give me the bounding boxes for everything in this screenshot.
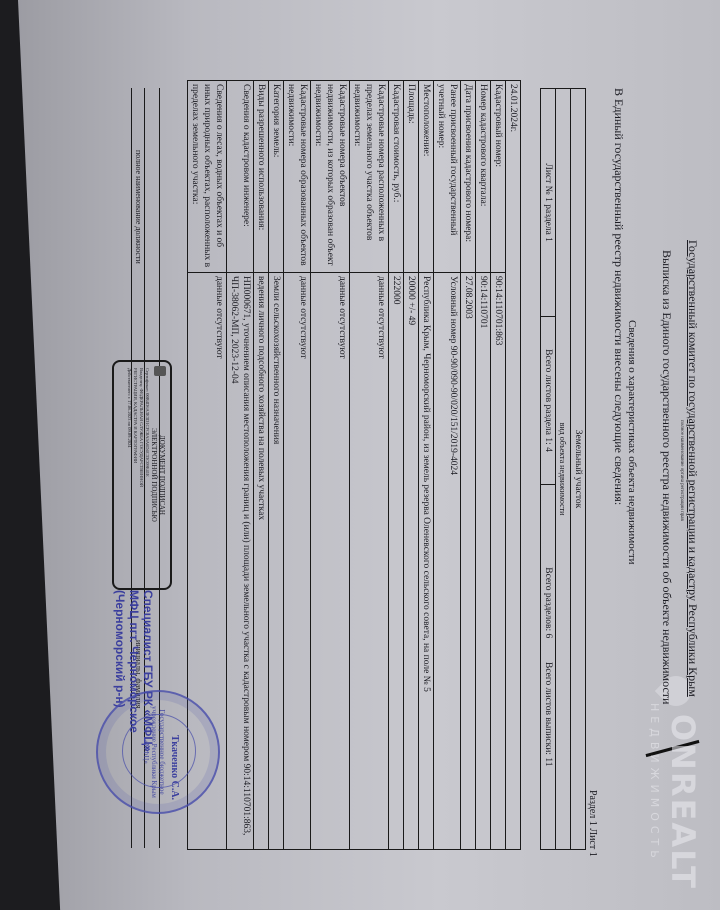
sections-total-text: Всего разделов: 6 <box>543 567 553 638</box>
row-label: Категория земель: <box>269 81 284 273</box>
row-value: 222000 <box>389 273 404 850</box>
esign-title: ДОКУМЕНТ ПОДПИСАН <box>158 368 166 582</box>
table-row: Кадастровые номера расположенных в преде… <box>350 81 389 850</box>
watermark-tagline: НЕДВИЖИМОСТЬ <box>649 676 662 890</box>
row-label: Кадастровые номера расположенных в преде… <box>350 81 389 273</box>
seal-text: Государственное бюджетное учреждение Рес… <box>142 700 166 804</box>
row-value: ведения личного подсобного хозяйства на … <box>254 273 269 850</box>
round-seal-icon: Государственное бюджетное учреждение Рес… <box>96 690 220 814</box>
sections-total: Всего разделов: 6 Всего листов выписки: … <box>541 484 556 849</box>
position-caption: полное наименование должности <box>134 150 143 264</box>
authority-caption: полное наименование органа регистрации п… <box>679 420 684 521</box>
esign-validity: Действителен: с 17.06.2023 по 09.09.2024 <box>126 368 132 582</box>
row-label: Кадастровые номера объектов недвижимости… <box>311 81 350 273</box>
table-row: Категория земель:Земли сельскохозяйствен… <box>269 81 284 850</box>
row-value: Республика Крым, Черноморский район, из … <box>419 273 434 850</box>
sheets-total-text: Всего листов выписки: 11 <box>543 662 553 766</box>
row-label: Номер кадастрового квартала: <box>476 81 491 273</box>
table-row: Сведения о кадастровом инженере:НП000671… <box>227 81 254 850</box>
characteristics-table: 24.01.2024г. Кадастровый номер:90:14:110… <box>187 80 521 850</box>
watermark: ONREALT НЕДВИЖИМОСТЬ <box>649 676 703 890</box>
registration-authority: Государственный комитет по государственн… <box>685 240 700 697</box>
table-row: Кадастровый номер:90:14:110701:863 <box>491 81 506 850</box>
row-label: Сведения о лесах, водных объектах и об и… <box>188 81 227 273</box>
section-label: Раздел 1 Лист 1 <box>587 790 598 857</box>
row-value: 90:14:110701:863 <box>491 273 506 850</box>
row-value: НП000671, уточнением описания местополож… <box>227 273 254 850</box>
row-label: Кадастровая стоимость, руб.: <box>389 81 404 273</box>
table-row: Виды разрешенного использования:ведения … <box>254 81 269 850</box>
row-label: Виды разрешенного использования: <box>254 81 269 273</box>
row-value: данные отсутствуют <box>311 273 350 850</box>
row-value: данные отсутствуют <box>284 273 311 850</box>
table-row: Кадастровые номера объектов недвижимости… <box>311 81 350 850</box>
row-value: 27.08.2003 <box>461 273 476 850</box>
table-row: Ранее присвоенный государственный учетны… <box>434 81 461 850</box>
esign-subtitle: ЭЛЕКТРОННОЙ ПОДПИСЬЮ <box>150 368 158 582</box>
table-row: Площадь:20000 +/- 49 <box>404 81 419 850</box>
row-value: 20000 +/- 49 <box>404 273 419 850</box>
esign-owner: Владелец: ФЕДЕРАЛЬНАЯ СЛУЖБА ГОСУДАРСТВЕ… <box>138 368 144 582</box>
table-row: Кадастровая стоимость, руб.:222000 <box>389 81 404 850</box>
extract-date: 24.01.2024г. <box>506 81 521 850</box>
row-value: данные отсутствуют <box>350 273 389 850</box>
summary-table: Земельный участок вид объекта недвижимос… <box>540 88 586 850</box>
row-label: Дата присвоения кадастрового номера: <box>461 81 476 273</box>
row-label: Ранее присвоенный государственный учетны… <box>434 81 461 273</box>
electronic-signature-box: ДОКУМЕНТ ПОДПИСАН ЭЛЕКТРОННОЙ ПОДПИСЬЮ С… <box>112 360 172 590</box>
row-value: Условный номер 90-90/090-90/020/151/2019… <box>434 273 461 850</box>
row-label: Кадастровые номера образованных объектов… <box>284 81 311 273</box>
document-subtitle: Сведения о характеристиках объекта недви… <box>626 320 638 565</box>
row-label: Сведения о кадастровом инженере: <box>227 81 254 273</box>
object-type-caption: вид объекта недвижимости <box>556 89 571 850</box>
object-type: Земельный участок <box>571 89 586 850</box>
row-label: Местоположение: <box>419 81 434 273</box>
document-title: Выписка из Единого государственного реес… <box>659 250 674 704</box>
row-label: Площадь: <box>404 81 419 273</box>
cadastral-extract-document: ONREALT НЕДВИЖИМОСТЬ Государственный ком… <box>30 0 720 910</box>
coat-of-arms-icon <box>154 366 166 376</box>
row-label: Кадастровый номер: <box>491 81 506 273</box>
table-row: Дата присвоения кадастрового номера:27.0… <box>461 81 476 850</box>
table-row: Местоположение:Республика Крым, Черномор… <box>419 81 434 850</box>
sheets-in-section: Всего листов раздела 1: 4 <box>541 317 556 484</box>
row-value: Земли сельскохозяйственного назначения <box>269 273 284 850</box>
row-value: 90:14:110701 <box>476 273 491 850</box>
table-row: Кадастровые номера образованных объектов… <box>284 81 311 850</box>
sheet-number: Лист № 1 раздела 1 <box>541 89 556 317</box>
esign-certificate: Сертификат: 00B4D6A3E3D1CFC0A5A6D4C33C09… <box>144 368 150 582</box>
intro-text: В Единый государственный реестр недвижим… <box>611 88 626 505</box>
table-row: Номер кадастрового квартала:90:14:110701 <box>476 81 491 850</box>
